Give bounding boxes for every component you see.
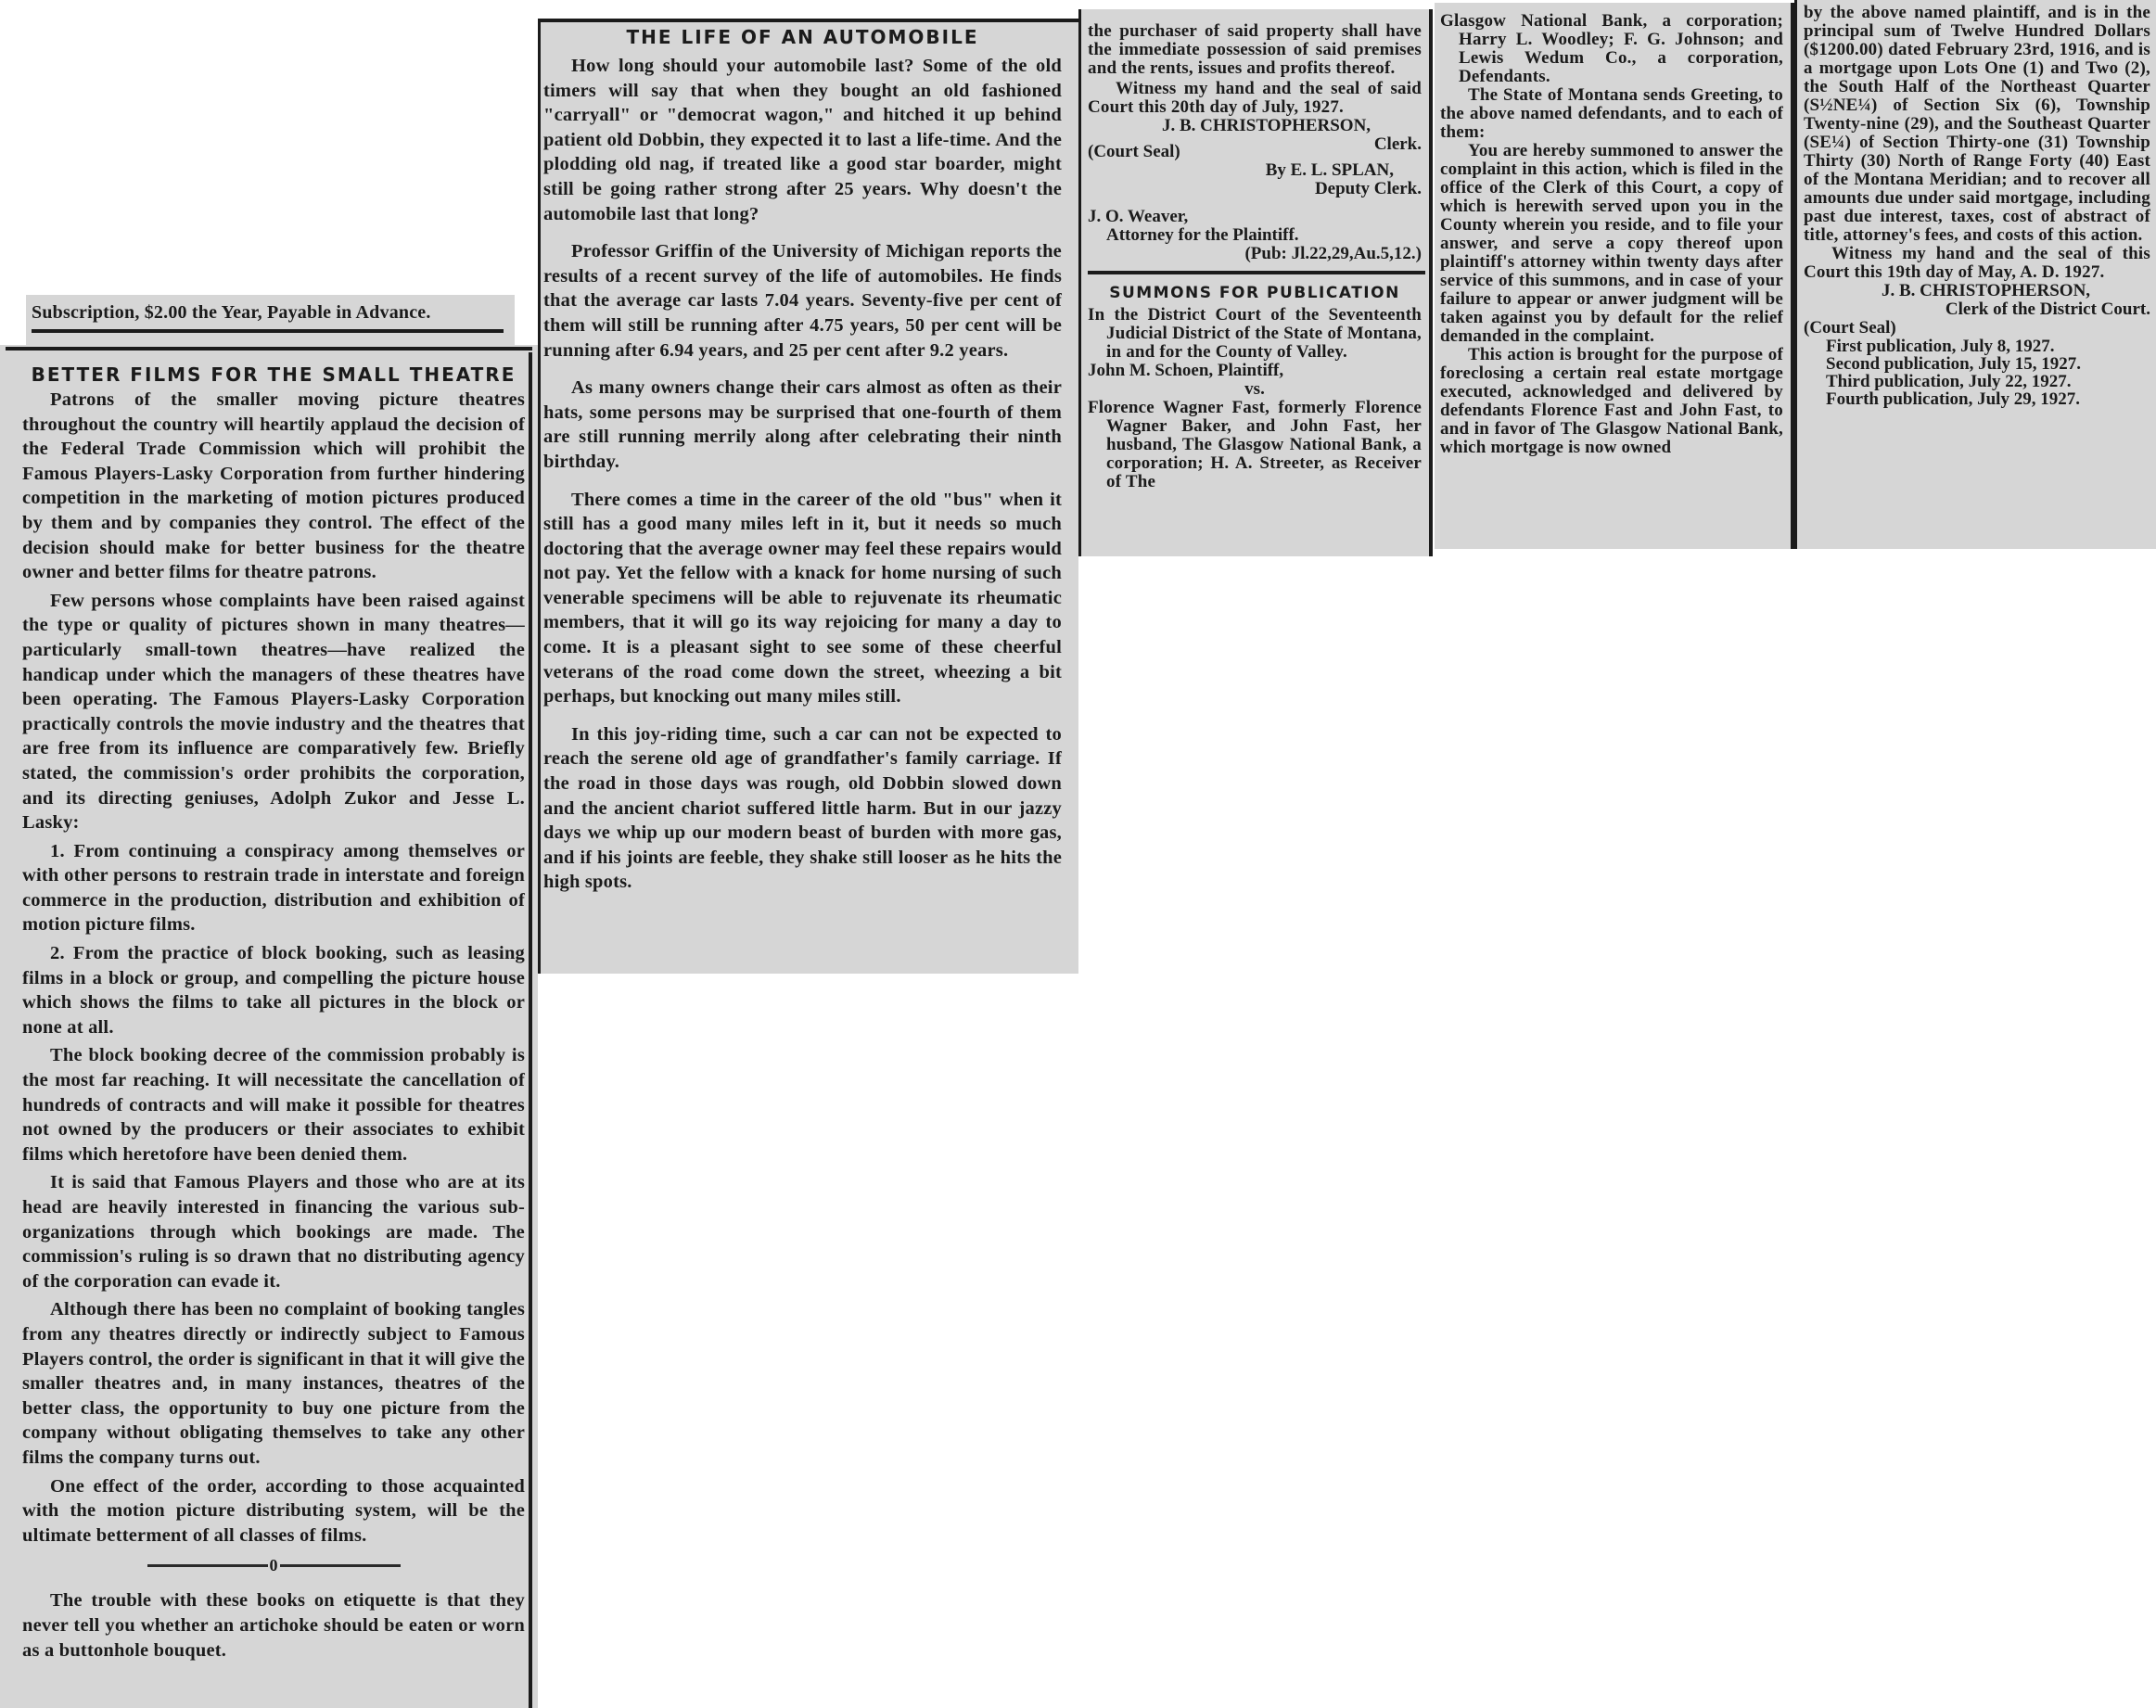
attorney-name: J. O. Weaver,	[1088, 208, 1422, 226]
deputy-name: By E. L. SPLAN,	[1088, 161, 1422, 180]
summons-court: In the District Court of the Seventeenth…	[1088, 306, 1422, 362]
article-paragraph: In this joy-riding time, such a car can …	[543, 722, 1062, 895]
summons-court-seal: (Court Seal)	[1804, 319, 2150, 338]
summons-headline: SUMMONS FOR PUBLICATION	[1088, 284, 1422, 302]
publication-line: Third publication, July 22, 1927.	[1804, 373, 2150, 390]
subscription-rule	[32, 329, 504, 333]
summons-action-cont: by the above named plaintiff, and is in …	[1804, 4, 2150, 245]
summons-defendants: Florence Wagner Fast, formerly Florence …	[1088, 399, 1422, 491]
article-paragraph: 2. From the practice of block booking, s…	[22, 941, 525, 1039]
summons-defendants-cont: Glasgow National Bank, a corporation; Ha…	[1440, 12, 1783, 86]
better-films-headline: BETTER FILMS FOR THE SMALL THEATRE	[22, 363, 525, 386]
clerk-title: Clerk.	[1374, 135, 1422, 161]
subscription-text: Subscription, $2.00 the Year, Payable in…	[32, 300, 504, 325]
legal-notice-column-2: Glasgow National Bank, a corporation; Ha…	[1435, 3, 1794, 549]
better-films-article: BETTER FILMS FOR THE SMALL THEATRE Patro…	[0, 345, 538, 1708]
article-paragraph: It is said that Famous Players and those…	[22, 1170, 525, 1294]
publication-line: Second publication, July 15, 1927.	[1804, 355, 2150, 373]
article-paragraph: The block booking decree of the commissi…	[22, 1043, 525, 1166]
attorney-title: Attorney for the Plaintiff.	[1088, 226, 1422, 245]
article-paragraph: Although there has been no complaint of …	[22, 1297, 525, 1470]
column-rule	[538, 19, 541, 974]
publication-dates: (Pub: Jl.22,29,Au.5,12.)	[1088, 245, 1422, 263]
automobile-article: THE LIFE OF AN AUTOMOBILE How long shoul…	[538, 19, 1078, 974]
automobile-headline: THE LIFE OF AN AUTOMOBILE	[543, 26, 1062, 48]
article-paragraph: One effect of the order, according to th…	[22, 1474, 525, 1549]
subscription-clipping: Subscription, $2.00 the Year, Payable in…	[26, 295, 515, 347]
court-seal: (Court Seal)	[1088, 143, 1180, 161]
article-paragraph: There comes a time in the career of the …	[543, 488, 1062, 709]
summons-witness: Witness my hand and the seal of this Cou…	[1804, 245, 2150, 282]
column-rule	[529, 352, 532, 1708]
article-paragraph: Patrons of the smaller moving picture th…	[22, 388, 525, 585]
summons-action: This action is brought for the purpose o…	[1440, 346, 1783, 457]
column-rule	[1078, 9, 1081, 556]
column-rule	[1429, 9, 1433, 556]
deputy-title: Deputy Clerk.	[1088, 180, 1422, 198]
article-paragraph: Professor Griffin of the University of M…	[543, 239, 1062, 363]
publication-line: Fourth publication, July 29, 1927.	[1804, 390, 2150, 408]
summons-vs: vs.	[1088, 380, 1422, 399]
summons-clerk-name: J. B. CHRISTOPHERSON,	[1804, 282, 2150, 300]
notice-paragraph: Witness my hand and the seal of said Cou…	[1088, 80, 1422, 117]
article-paragraph: How long should your automobile last? So…	[543, 54, 1062, 226]
filler-paragraph: The trouble with these books on etiquett…	[22, 1588, 525, 1663]
publication-line: First publication, July 8, 1927.	[1804, 338, 2150, 355]
notice-paragraph: the purchaser of said property shall hav…	[1088, 22, 1422, 78]
section-separator: 0	[22, 1557, 525, 1574]
top-rule	[538, 19, 1078, 22]
summons-greeting: The State of Montana sends Greeting, to …	[1440, 86, 1783, 142]
article-paragraph: As many owners change their cars almost …	[543, 376, 1062, 474]
article-paragraph: Few persons whose complaints have been r…	[22, 589, 525, 835]
legal-notice-column-3: by the above named plaintiff, and is in …	[1794, 0, 2156, 549]
summons-clerk-title: Clerk of the District Court.	[1804, 300, 2150, 319]
column-rule	[1794, 0, 1797, 549]
notice-divider	[1088, 271, 1425, 274]
summons-body: You are hereby summoned to answer the co…	[1440, 142, 1783, 346]
summons-plaintiff: John M. Schoen, Plaintiff,	[1088, 362, 1422, 380]
top-rule	[6, 347, 532, 351]
clerk-name: J. B. CHRISTOPHERSON,	[1088, 117, 1422, 135]
article-paragraph: 1. From continuing a conspiracy among th…	[22, 839, 525, 937]
legal-notice-column-1: the purchaser of said property shall hav…	[1078, 9, 1433, 556]
